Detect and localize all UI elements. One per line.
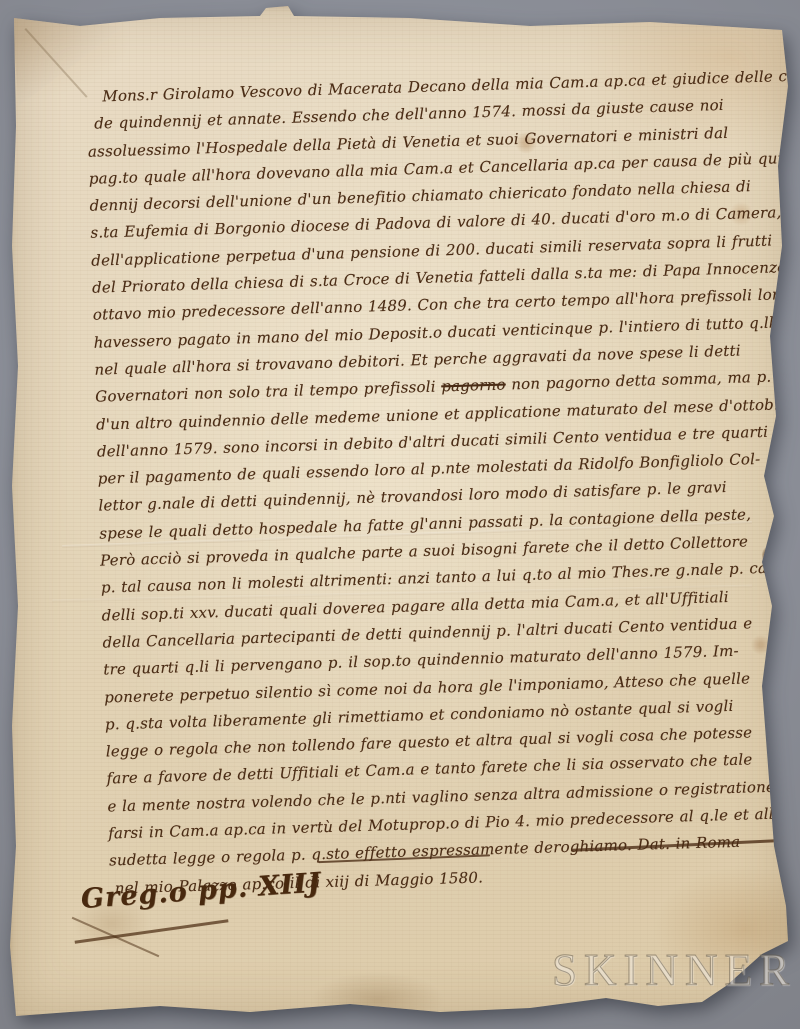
text-segment: Governatori non solo tra il tempo prefis… (95, 378, 442, 406)
signature-flourish (72, 917, 160, 957)
parchment-sheet: Mons.r Girolamo Vescovo di Macerata Deca… (10, 6, 792, 1020)
auction-watermark: SKINNER (552, 944, 796, 996)
text-segment: non pagorno detta somma, ma p. causa (505, 366, 800, 393)
signature-flourish (75, 919, 229, 943)
manuscript-text: Mons.r Girolamo Vescovo di Macerata Deca… (80, 64, 776, 902)
manuscript-paper: Mons.r Girolamo Vescovo di Macerata Deca… (0, 0, 800, 1029)
vertical-crease (10, 6, 12, 326)
photo-background: Mons.r Girolamo Vescovo di Macerata Deca… (0, 0, 800, 1029)
struck-word: pagorno (441, 376, 506, 396)
